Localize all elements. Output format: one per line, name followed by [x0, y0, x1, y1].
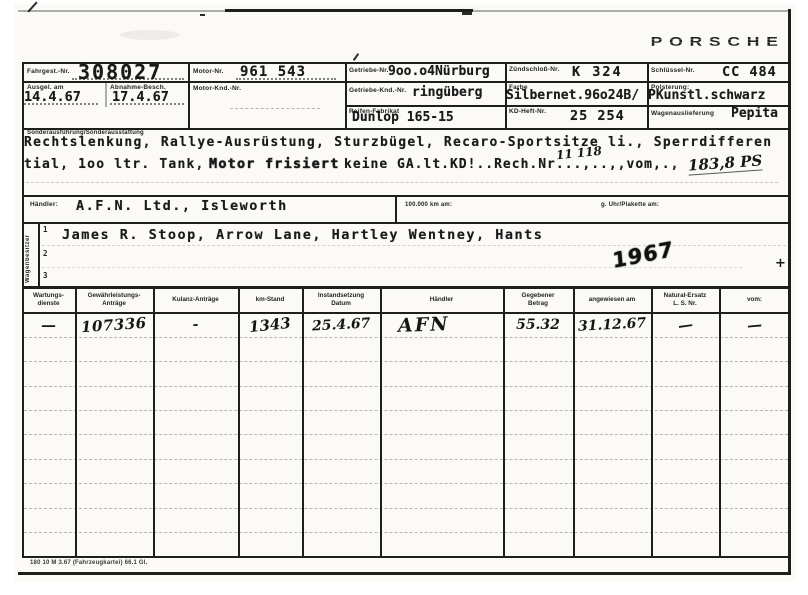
card-top-line-segment — [225, 9, 473, 12]
fahrgest-nr-label: Fahrgest.-Nr. — [27, 68, 70, 75]
col-header-kulanz-antraege: Kulanz-Anträge — [153, 288, 238, 312]
sonder-line2-typed2: keine GA.lt.KD!..Rech.Nr...,..,,vom,., — [344, 157, 679, 172]
kardex-scan-page: PORSCHE Fahrgest.-Nr. 308027 Ausgel. am … — [0, 0, 808, 595]
getriebe-nr-label: Getriebe-Nr. — [349, 67, 389, 74]
col-header-angewiesen-am: angewiesen am — [573, 288, 651, 312]
zuendschloss-nr-label: Zündschloß-Nr. — [509, 66, 559, 73]
schluessel-nr-value: CC 484 — [722, 64, 777, 80]
col-header-haendler: Händler — [380, 288, 503, 312]
porsche-logo: PORSCHE — [648, 33, 788, 49]
table-row-line — [24, 337, 788, 338]
porsche-logo-text: PORSCHE — [651, 34, 785, 49]
faint-row-line — [26, 182, 778, 183]
cell-datum: 25.4.67 — [302, 312, 380, 337]
farbe-value: Silbernet.96o24B/ — [506, 88, 639, 103]
section-divider — [22, 222, 790, 224]
table-row-line — [24, 508, 788, 509]
kd-heft-nr-label: KD-Heft-Nr. — [509, 108, 546, 115]
col-header-km-stand: km-Stand — [238, 288, 302, 312]
table-row-line — [24, 386, 788, 387]
reifen-fabrikat-value: Dunlop 165-15 — [352, 110, 454, 125]
owner-row-line — [42, 245, 786, 246]
sonder-line1: Rechtslenkung, Rallye-Ausrüstung, Sturzb… — [24, 135, 772, 150]
motor-knd-nr-label: Motor-Knd.-Nr. — [193, 85, 241, 92]
owner-row1-number: 1 — [43, 225, 48, 234]
owner-row2-number: 2 — [43, 249, 48, 258]
cell-value: — — [746, 315, 763, 334]
cell-value: 25.4.67 — [311, 315, 370, 334]
empty-field-dashes — [230, 108, 320, 109]
cell-wartungsdienste: — — [22, 312, 75, 337]
table-row-line — [24, 434, 788, 435]
getriebe-knd-nr-value: ringüberg — [412, 85, 482, 100]
header-grid-line — [105, 82, 107, 107]
cell-value: 107336 — [81, 313, 148, 336]
cell-value: 1343 — [248, 313, 291, 335]
table-row-line — [24, 532, 788, 533]
scan-smudge — [120, 30, 180, 40]
col-header-gegebener-betrag: Gegebener Betrag — [503, 288, 573, 312]
zuendschloss-nr-value: K 324 — [572, 64, 623, 80]
cell-natural-ersatz: — — [651, 312, 719, 337]
cell-value: — — [41, 316, 56, 334]
cell-kulanz: - — [153, 312, 238, 337]
speck-artifact — [200, 14, 205, 16]
check-mark-artifact: + — [775, 256, 786, 271]
haendler-value: A.F.N. Ltd., Isleworth — [76, 198, 288, 214]
section-divider — [22, 195, 790, 197]
header-grid-line — [188, 62, 190, 128]
underline — [72, 78, 184, 80]
wagenauslieferung-value: Pepita — [731, 106, 778, 121]
cell-value: AFN — [398, 313, 450, 337]
col-header-vom: vom: — [719, 288, 790, 312]
haendler-label: Händler: — [30, 201, 58, 208]
col-header-natural-ersatz: Natural-Ersatz L. S. Nr. — [651, 288, 719, 312]
cell-value: 31.12.67 — [578, 315, 647, 335]
sonder-line2-typed: tial, 1oo ltr. Tank, — [24, 157, 205, 172]
sonder-line2-stamp: Motor frisiert — [209, 156, 340, 172]
col-header-gewaehrleistungs-antraege: Gewährleistungs- Anträge — [75, 288, 153, 312]
cell-km-stand: 1343 — [238, 312, 302, 337]
uhr-plakette-label: g. Uhr/Plakette am: — [601, 202, 659, 209]
col-header-instandsetzung-datum: Instandsetzung Datum — [302, 288, 380, 312]
getriebe-nr-value: 9oo.o4Nürburg — [388, 64, 490, 79]
form-imprint: 180 10 M 3.67 (Fahrzeugkartei) 66.1 Gl. — [30, 560, 148, 567]
owner-row1-value: James R. Stoop, Arrow Lane, Hartley Went… — [62, 227, 543, 243]
wagenbesitzer-side-label: Wagenbesitzer — [25, 228, 31, 283]
cell-betrag: 55.32 — [503, 312, 573, 337]
wagenauslieferung-label: Wagenauslieferung — [651, 110, 714, 117]
owner-row3-number: 3 — [43, 271, 48, 280]
cell-angewiesen-am: 31.12.67 — [573, 312, 651, 337]
kd-heft-nr-value: 25 254 — [570, 108, 625, 124]
underline — [24, 103, 98, 105]
card-bottom-line — [18, 572, 790, 575]
table-row-line — [24, 361, 788, 362]
cell-haendler: AFN — [380, 312, 521, 337]
table-row-line — [24, 483, 788, 484]
header-grid-line — [345, 105, 790, 107]
header-grid-line — [345, 62, 347, 128]
underline — [110, 103, 184, 105]
cell-value: 55.32 — [516, 317, 560, 333]
schluessel-nr-label: Schlüssel-Nr. — [651, 67, 695, 74]
haendler-row-divider — [395, 195, 397, 222]
cell-value: — — [676, 315, 693, 335]
cell-vom: — — [719, 312, 790, 337]
cell-value: - — [193, 317, 199, 333]
table-bottom-border — [22, 556, 790, 558]
speck-artifact — [462, 12, 472, 15]
table-row-line — [24, 459, 788, 460]
fahrgest-nr-value: 308027 — [78, 60, 162, 84]
table-row-line — [24, 410, 788, 411]
getriebe-knd-nr-label: Getriebe-Knd.-Nr. — [349, 87, 406, 94]
col-header-wartungsdienste: Wartungs- dienste — [22, 288, 75, 312]
motor-nr-label: Motor-Nr. — [193, 68, 224, 75]
km-100000-label: 100.000 km am: — [405, 202, 452, 209]
underline — [236, 78, 336, 80]
cell-gew-antraege: 107336 — [75, 312, 153, 337]
owner-strip-divider — [38, 222, 40, 287]
polsterung-value: PKunstl.schwarz — [648, 88, 765, 103]
